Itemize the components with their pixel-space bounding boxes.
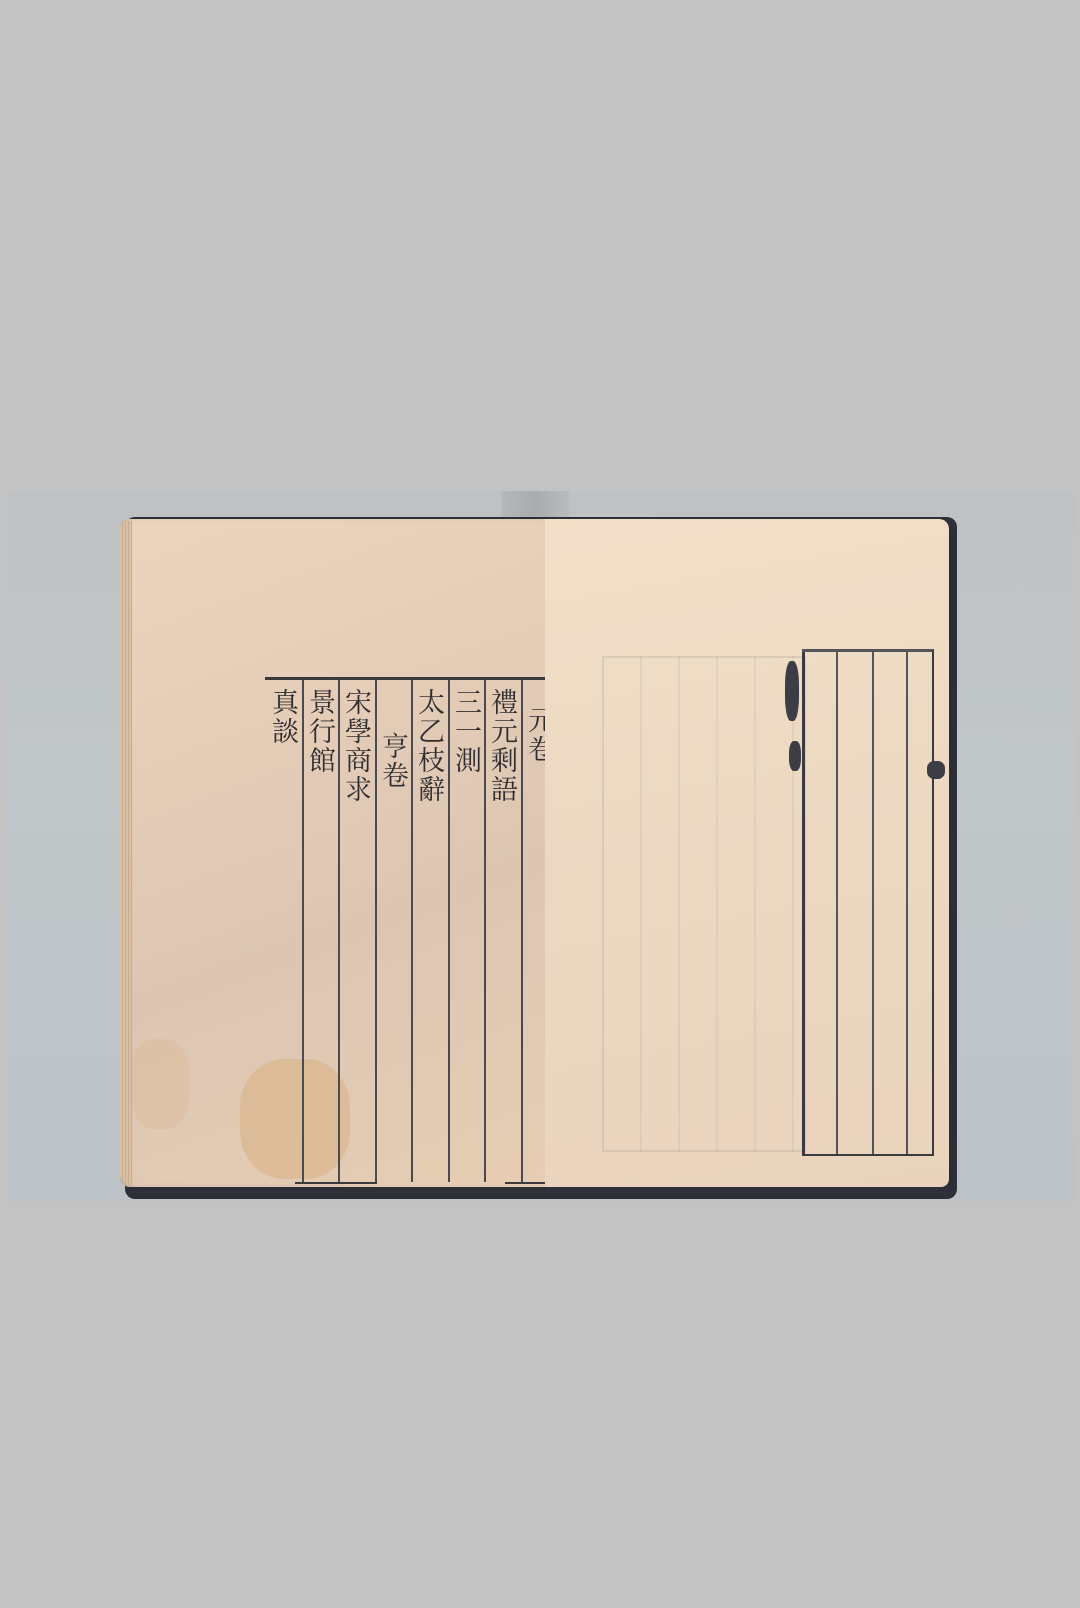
volume-heading-heng: 亨卷 bbox=[379, 732, 406, 790]
toc-entry: 太乙枝辭 bbox=[415, 688, 442, 804]
toc-entry: 宋學商求 bbox=[342, 688, 369, 804]
toc-entry: 景行館 bbox=[306, 688, 333, 775]
paper-stain bbox=[130, 1039, 190, 1129]
page-stack-edge bbox=[120, 521, 132, 1185]
ink-mark bbox=[789, 741, 801, 771]
ink-mark bbox=[785, 661, 799, 721]
ink-mark bbox=[927, 761, 945, 779]
toc-entry: 三一測 bbox=[452, 688, 479, 775]
photo-backdrop: 木鐘臺初集 元卷 禮元剩語 三一測 太乙枝辭 亨卷 宋學商求 景行館 真談 bbox=[7, 491, 1074, 1202]
gutter-shadow bbox=[501, 491, 569, 519]
show-through-text bbox=[602, 656, 806, 1152]
toc-entry: 真談 bbox=[269, 688, 296, 746]
partial-printed-frame bbox=[802, 649, 934, 1156]
book-right-edge bbox=[949, 527, 954, 1187]
toc-entry: 禮元剩語 bbox=[488, 688, 515, 804]
left-page: 木鐘臺初集 元卷 禮元剩語 三一測 太乙枝辭 亨卷 宋學商求 景行館 真談 bbox=[120, 519, 545, 1187]
